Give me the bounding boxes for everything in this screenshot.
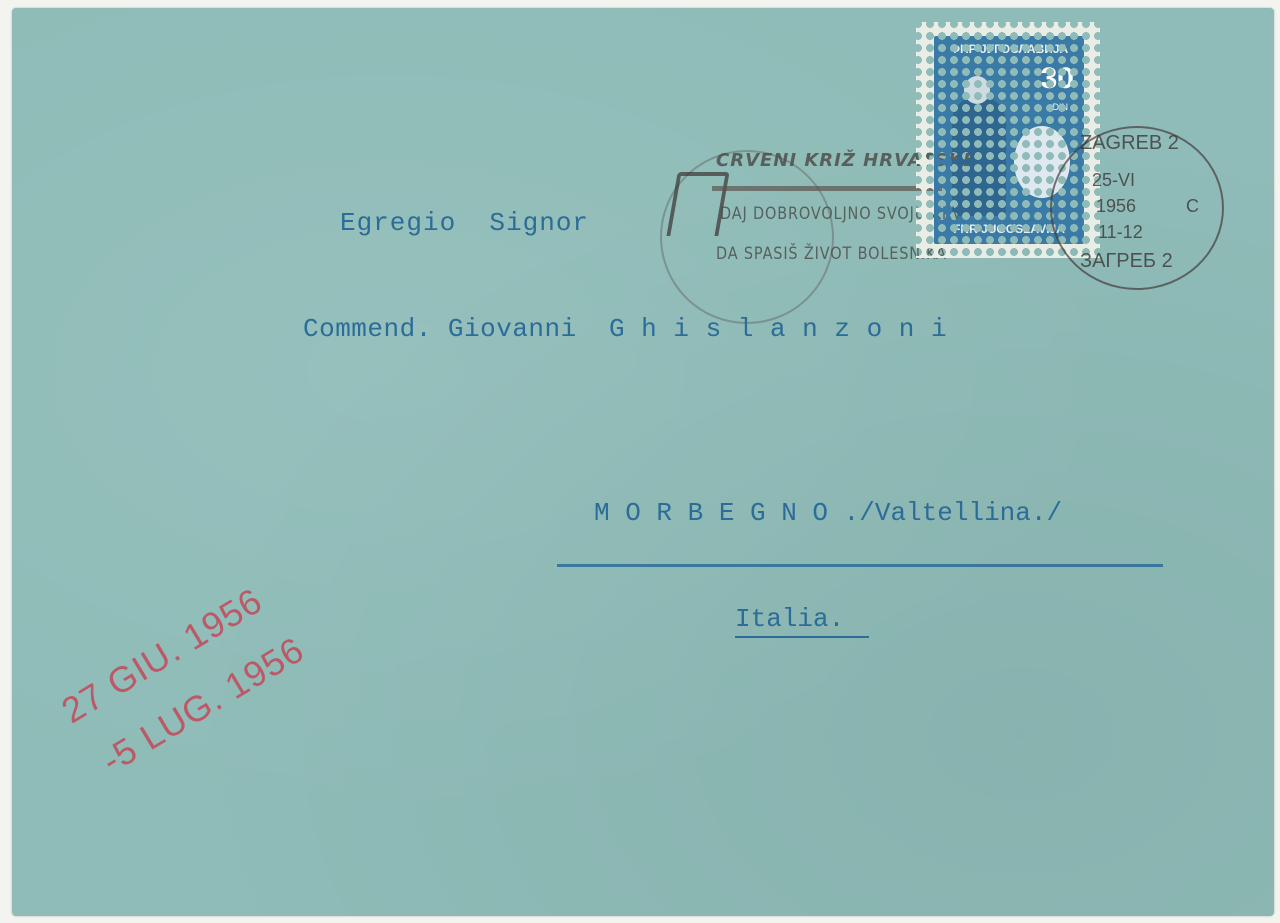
country-underline — [735, 636, 869, 638]
postmark-city-cyrillic: ЗАГРЕБ 2 — [1080, 250, 1173, 273]
worker-head-icon — [964, 76, 990, 104]
address-country: Italia. — [735, 604, 844, 634]
address-rule — [557, 564, 1163, 567]
stamp-top-text: ФНР ЈУГОСЛАВИЈА — [936, 42, 1082, 56]
postmark-city: ZAGREB 2 — [1080, 132, 1179, 155]
stamp-value: 30 — [1041, 62, 1074, 96]
postmark-suffix: C — [1186, 196, 1199, 217]
postmark-date: 25-VI — [1092, 170, 1135, 191]
postmark-year: 1956 — [1096, 196, 1136, 217]
address-name: Commend. Giovanni G h i s l a n z o n i — [303, 314, 947, 344]
postmark-time: 11-12 — [1098, 222, 1143, 243]
slogan-line-3: DA SPASIŠ ŽIVOT BOLESNIKA — [716, 244, 947, 264]
slogan-cancel-bar — [712, 186, 942, 191]
address-salutation: Egregio Signor — [340, 208, 589, 238]
stamp-currency: DIN — [1053, 102, 1069, 112]
worker-figure-icon — [952, 96, 1006, 216]
address-city: M O R B E G N O ./Valtellina./ — [594, 498, 1062, 528]
